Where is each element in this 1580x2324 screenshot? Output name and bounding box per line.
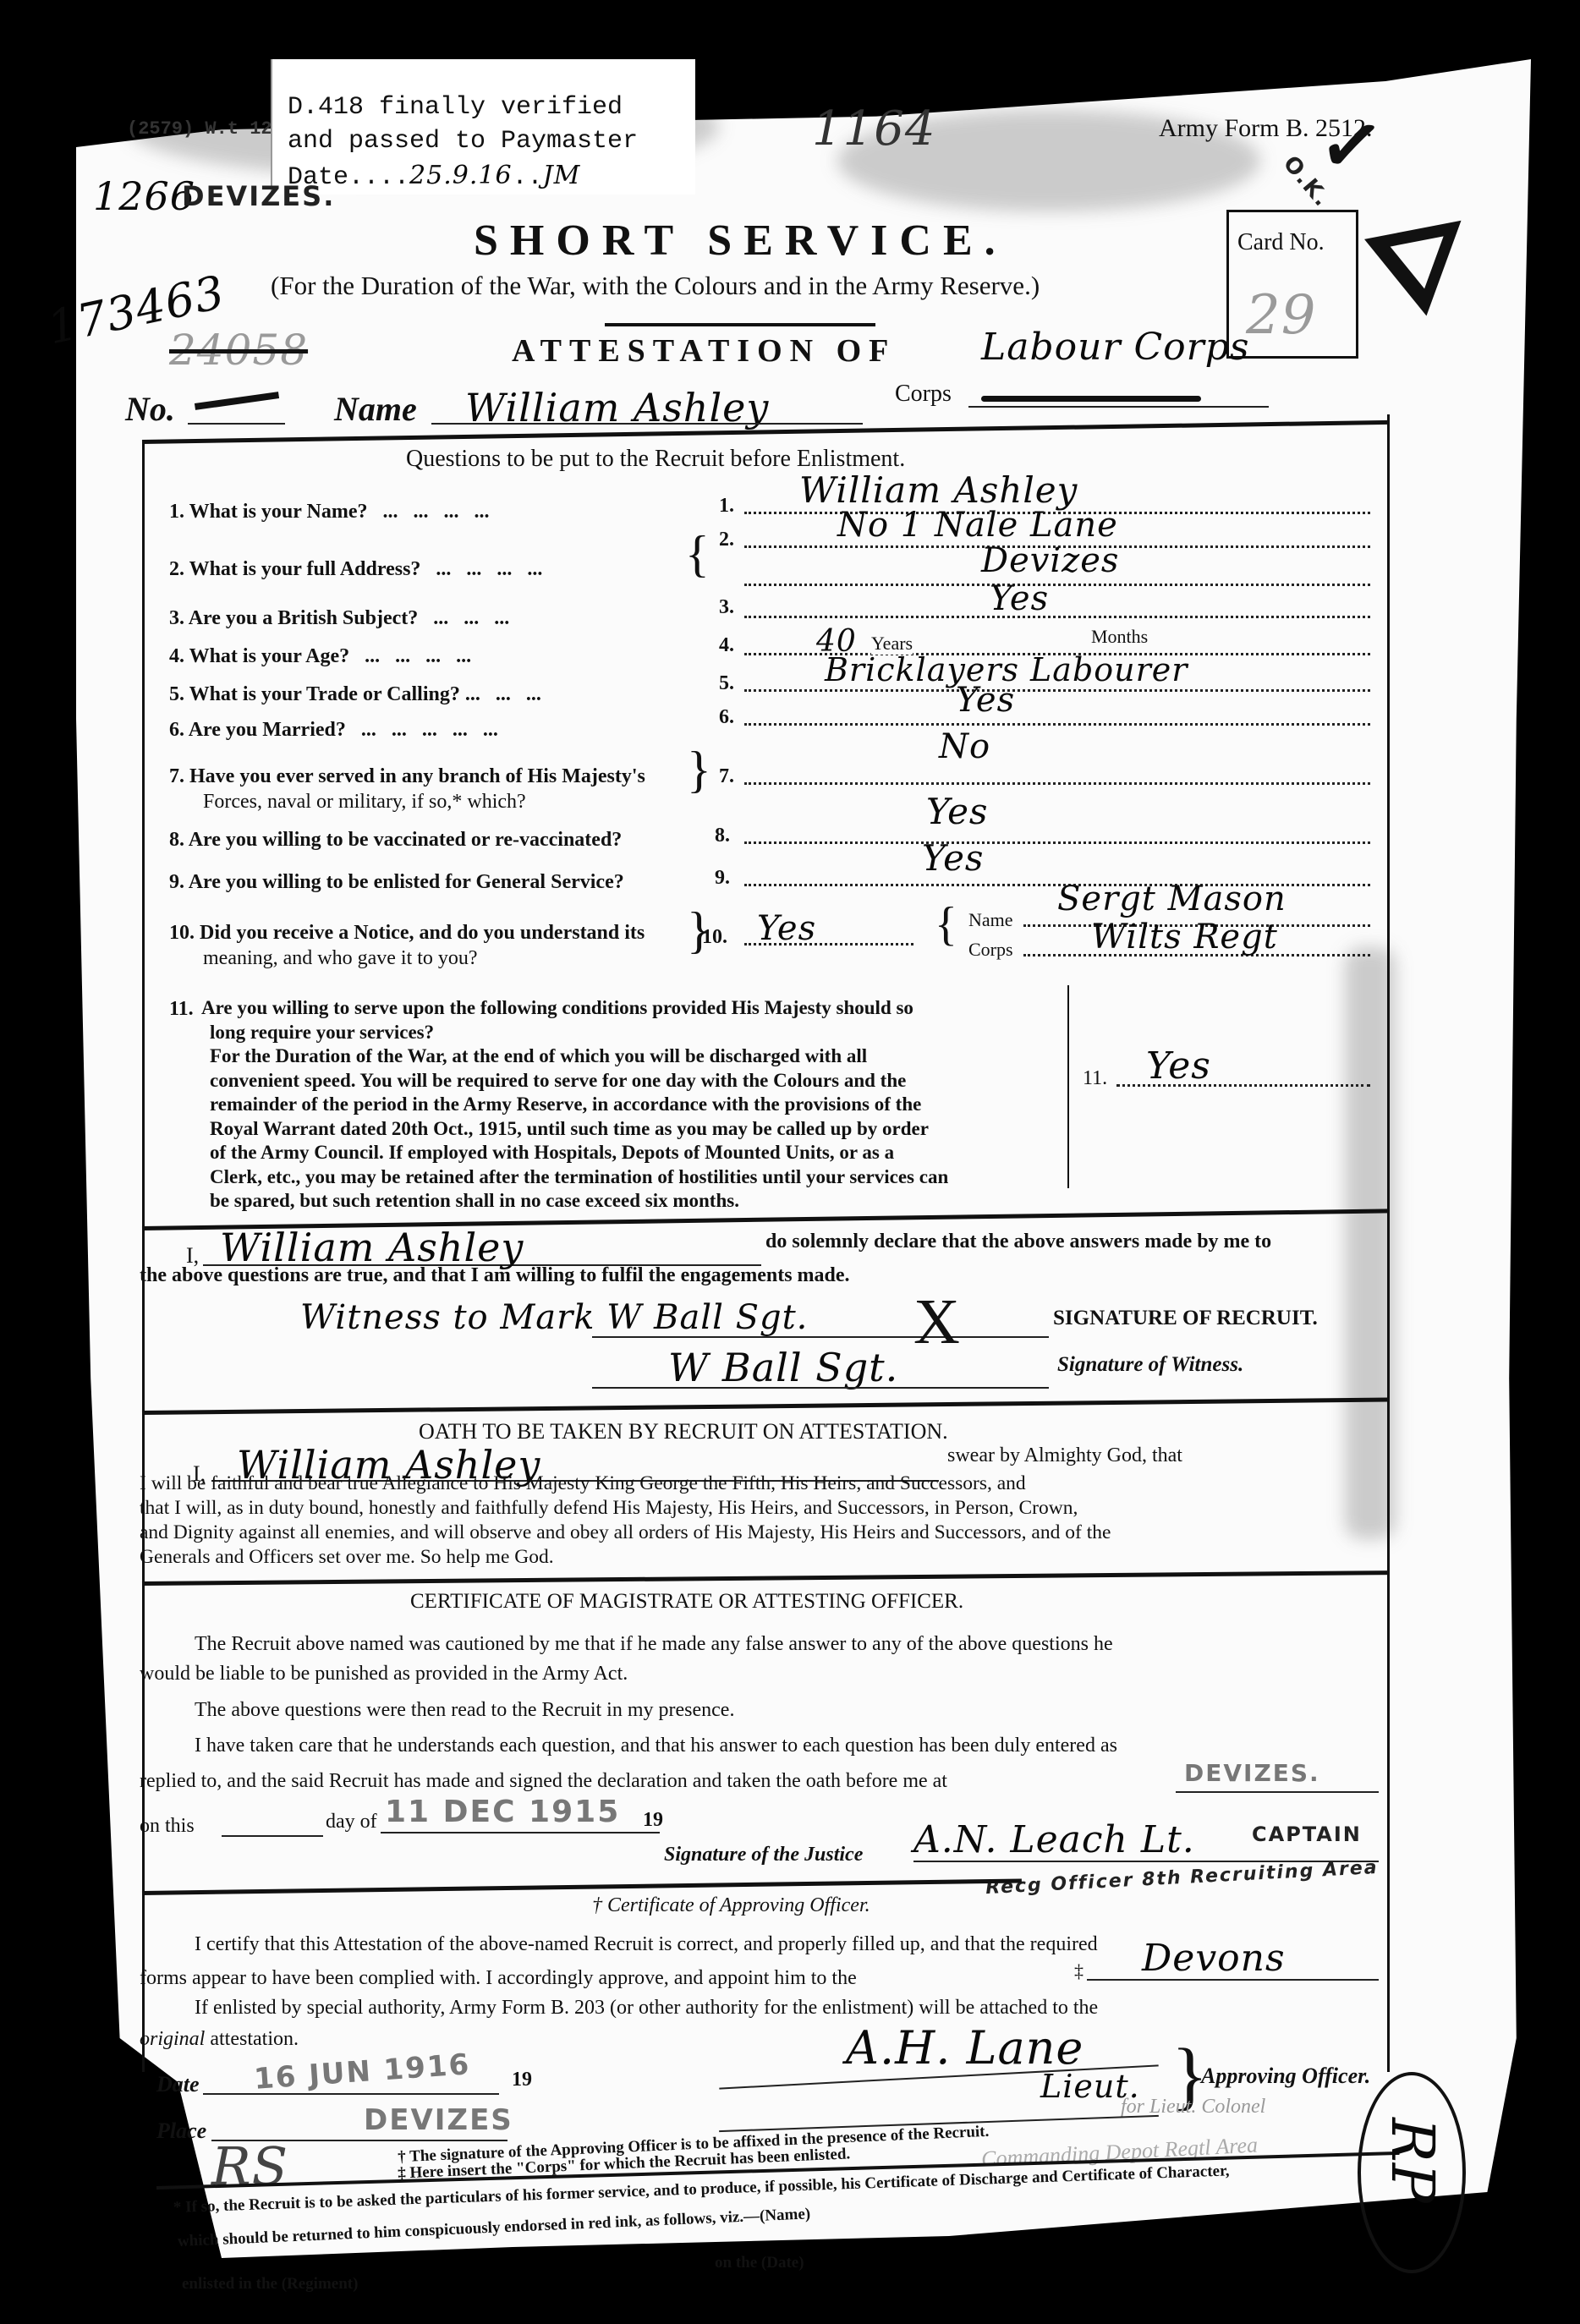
attestation-date-stamp: 11 DEC 1915 [385,1795,620,1829]
verification-initials: JM [543,161,581,190]
corps-field [968,406,1269,408]
certificate-place-stamp: DEVIZES. [1184,1759,1320,1787]
form-title: SHORT SERVICE. [474,216,1007,266]
card-label: Card No. [1237,229,1325,256]
approving-officer-label: Approving Officer. [1201,2064,1370,2089]
question-2: 2. What is your full Address? ... ... ..… [169,558,542,581]
oath-body: I will be faithful and bear true Allegia… [140,1472,1111,1570]
certificate-place-field [1176,1791,1379,1793]
certificate-heading: CERTIFICATE OF MAGISTRATE OR ATTESTING O… [410,1590,963,1614]
certificate-para-3a: I have taken care that he understands ea… [195,1734,1117,1758]
q11-line: Clerk, etc., you may be retained after t… [201,1165,1064,1190]
question-5: 5. What is your Trade or Calling? ... ..… [169,683,541,706]
on-this-label: on this [140,1814,195,1839]
witness-signature: W Ball Sgt. [668,1345,898,1390]
certificate-year-prefix: 19 [643,1808,663,1833]
notice-corps-label: Corps [968,939,1013,961]
office-stamp-devizes: DEVIZES. [182,180,335,212]
notice-name-value: Sergt Mason [1057,880,1286,918]
notice-name-label: Name [968,909,1013,931]
certificate-para-1b: would be liable to be punished as provid… [140,1662,628,1686]
circle-stamp-text: RP [1378,2118,1447,2204]
q11-line: Royal Warrant dated 20th Oct., 1915, unt… [201,1117,1064,1142]
footnote-star-line-4: enlisted in the (Regiment) [182,2275,358,2294]
recruit-signature-field [592,1336,1049,1338]
footnote-star-line-3: on the (Date) [715,2254,804,2272]
appointed-corps: Devons [1142,1937,1286,1980]
question-number: 9. [169,871,184,893]
answer-6: Yes [956,681,1015,720]
answer-line-3 [744,616,1370,618]
attestation-word: attestation. [210,2028,299,2050]
answer-number-1: 1. [719,495,734,518]
witness-signature-field [592,1387,1049,1389]
approval-year-prefix: 19 [512,2069,532,2091]
question-10: 10. Did you receive a Notice, and do you… [169,922,645,945]
answer-3: Yes [990,579,1049,618]
question-text: What is your Age? [189,645,350,667]
approval-date-field [203,2093,499,2095]
question-number: 4. [169,645,184,667]
answer-10: Yes [757,909,816,948]
no-label: No. [125,389,175,429]
answer-number-6: 6. [719,706,734,729]
question-text: What is your Trade or Calling? [189,683,460,705]
answer-line-2b [744,584,1370,586]
certificate-para-3b: replied to, and the said Recruit has mad… [140,1769,947,1794]
answer-number-3: 3. [719,596,734,619]
footnote-star-text: on the (Date) [715,2254,804,2272]
question-7-brace: } [687,744,711,795]
question-number: 2. [169,558,184,580]
card-number: 29 [1246,284,1316,347]
question-number: 10. [169,922,195,944]
verification-date-value: 25.9.16 [409,161,513,190]
title-divider [605,323,875,326]
question-number: 3. [169,607,184,629]
day-field [222,1835,323,1837]
recruit-mark: X [913,1285,960,1359]
approving-heading: † Certificate of Approving Officer. [592,1894,870,1917]
question-number: 6. [169,719,184,741]
no-field [188,423,285,425]
corps-struck-out [981,396,1201,402]
oath-line: I will be faithful and bear true Allegia… [140,1472,1111,1496]
question-9: 9. Are you willing to be enlisted for Ge… [169,871,624,894]
question-number: 1. [169,501,184,523]
certificate-para-2: The above questions were then read to th… [195,1698,734,1723]
notice-brace: { [935,901,957,948]
question-text: Did you receive a Notice, and do you und… [200,922,645,944]
approving-initials-mark: RS [211,2135,288,2197]
question-7-continued: Forces, naval or military, if so,* which… [203,791,526,814]
print-code: (2579) W.t 123 [127,118,283,140]
attestation-corps: Labour Corps [981,326,1249,369]
captain-stamp: CAPTAIN [1252,1822,1362,1846]
answer-2-line-1: No 1 Nale Lane [837,506,1118,545]
approving-officer-signature: A.H. Lane [846,2021,1084,2075]
question-11-number: 11. [169,998,194,1021]
handwritten-mark-top: 1164 [812,101,936,156]
declaration-text-2: the above questions are true, and that I… [140,1264,850,1287]
question-11-text: Are you willing to serve upon the follow… [201,996,1064,1214]
q11-line: long require your services? [201,1021,1064,1045]
justice-signature-label: Signature of the Justice [664,1844,863,1866]
q11-line: convenient speed. You will be required t… [201,1069,1064,1093]
struck-regimental-number: 24058 [169,326,308,375]
oath-line: and Dignity against all enemies, and wil… [140,1521,1111,1545]
oath-heading: OATH TO BE TAKEN BY RECRUIT ON ATTESTATI… [419,1419,948,1444]
question-text: What is your Name? [189,501,368,523]
question-6: 6. Are you Married? ... ... ... ... ... [169,719,498,742]
justice-signature: A.N. Leach Lt. [913,1818,1195,1861]
answer-number-2: 2. [719,529,734,551]
questions-box-right [1387,414,1390,2072]
name-label: Name [334,389,417,429]
circle-stamp: RP [1358,2072,1466,2273]
witness-to-mark: Witness to Mark W Ball Sgt. [300,1298,808,1337]
question-text: Are you willing to be enlisted for Gener… [189,871,624,893]
approving-para-1a: I certify that this Attestation of the a… [195,1932,1098,1957]
answer-number-4: 4. [719,634,734,657]
question-number: 5. [169,683,184,705]
question-1: 1. What is your Name? ... ... ... ... [169,501,489,523]
question-10-continued: meaning, and who gave it to you? [203,947,478,970]
oath-line: Generals and Officers set over me. So he… [140,1545,1111,1570]
answer-1: William Ashley [799,469,1078,511]
month-field [381,1832,660,1833]
oath-swear: swear by Almighty God, that [947,1444,1182,1467]
answer-number-5: 5. [719,672,734,695]
form-subtitle: (For the Duration of the War, with the C… [271,271,1040,301]
corps-insert-mark: ‡ [1074,1960,1084,1982]
recruit-signature-label: SIGNATURE OF RECRUIT. [1053,1307,1318,1330]
approving-para-2b: original attestation. [140,2028,299,2051]
answer-2-line-2: Devizes [981,541,1119,580]
q11-line: remainder of the period in the Army Rese… [201,1093,1064,1117]
question-7: 7. Have you ever served in any branch of… [169,765,645,788]
question-text: Are you willing to be vaccinated or re-v… [189,829,623,851]
answer-line-6 [744,723,1370,726]
answer-9: Yes [922,837,985,879]
question-8: 8. Are you willing to be vaccinated or r… [169,829,622,852]
address-brace: { [685,529,710,579]
question-text: Have you ever served in any branch of Hi… [189,765,645,787]
approving-para-2a: If enlisted by special authority, Army F… [195,1996,1098,2020]
question-3: 3. Are you a British Subject? ... ... ..… [169,607,509,630]
approving-para-1b: forms appear to have been complied with.… [140,1966,857,1991]
declaration-name: William Ashley [220,1225,524,1270]
answer-8: Yes [926,791,989,832]
answer-number-8: 8. [715,825,730,847]
verification-line-2: and passed to Paymaster [288,127,638,156]
notice-corps-value: Wilts Regt [1091,918,1278,956]
question-11-bracket [1067,985,1069,1188]
original-italic: original [140,2028,205,2050]
declaration-text-1: do solemnly declare that the above answe… [765,1231,1271,1253]
certificate-para-1a: The Recruit above named was cautioned by… [195,1632,1113,1657]
answer-line-8 [744,841,1370,844]
corps-label: Corps [895,381,952,408]
q11-line: Are you willing to serve upon the follow… [201,996,1064,1021]
q11-line: For the Duration of the War, at the end … [201,1044,1064,1069]
footnote-star-text: enlisted in the (Regiment) [182,2275,358,2293]
q11-line: of the Army Council. If employed with Ho… [201,1141,1064,1165]
question-number: 7. [169,765,184,787]
answer-number-7: 7. [719,765,734,788]
approval-place-label: Place [156,2118,206,2144]
question-text: What is your full Address? [189,558,421,580]
approval-place-stamp: DEVIZES [364,2103,513,2137]
question-4: 4. What is your Age? ... ... ... ... [169,645,471,668]
day-of-label: day of [326,1810,377,1834]
witness-signature-label: Signature of Witness. [1057,1353,1243,1377]
answer-11: Yes [1146,1044,1211,1088]
verification-line-1: D.418 finally verified [288,93,623,122]
attestation-of: ATTESTATION OF [512,332,896,370]
answer-line-5 [744,689,1370,692]
verification-stamp: D.418 finally verified and passed to Pay… [271,59,695,195]
answer-number-9: 9. [715,867,730,890]
oath-line: that I will, as in duty bound, honestly … [140,1496,1111,1521]
q11-line: be spared, but such retention shall in n… [201,1189,1064,1214]
question-text: Are you Married? [189,719,346,741]
question-text: Are you a British Subject? [189,607,419,629]
answer-line-7 [744,782,1370,785]
office-number: 1266 [93,173,195,219]
months-label: Months [1091,626,1148,648]
approval-date-label: Date [156,2072,200,2097]
name-field [431,423,863,425]
check-mark-icon: ✓ [1314,97,1389,194]
answer-7: No [939,727,990,766]
question-number: 8. [169,829,184,851]
answer-number-11: 11. [1083,1067,1107,1090]
answer-number-10: 10. [702,926,727,949]
